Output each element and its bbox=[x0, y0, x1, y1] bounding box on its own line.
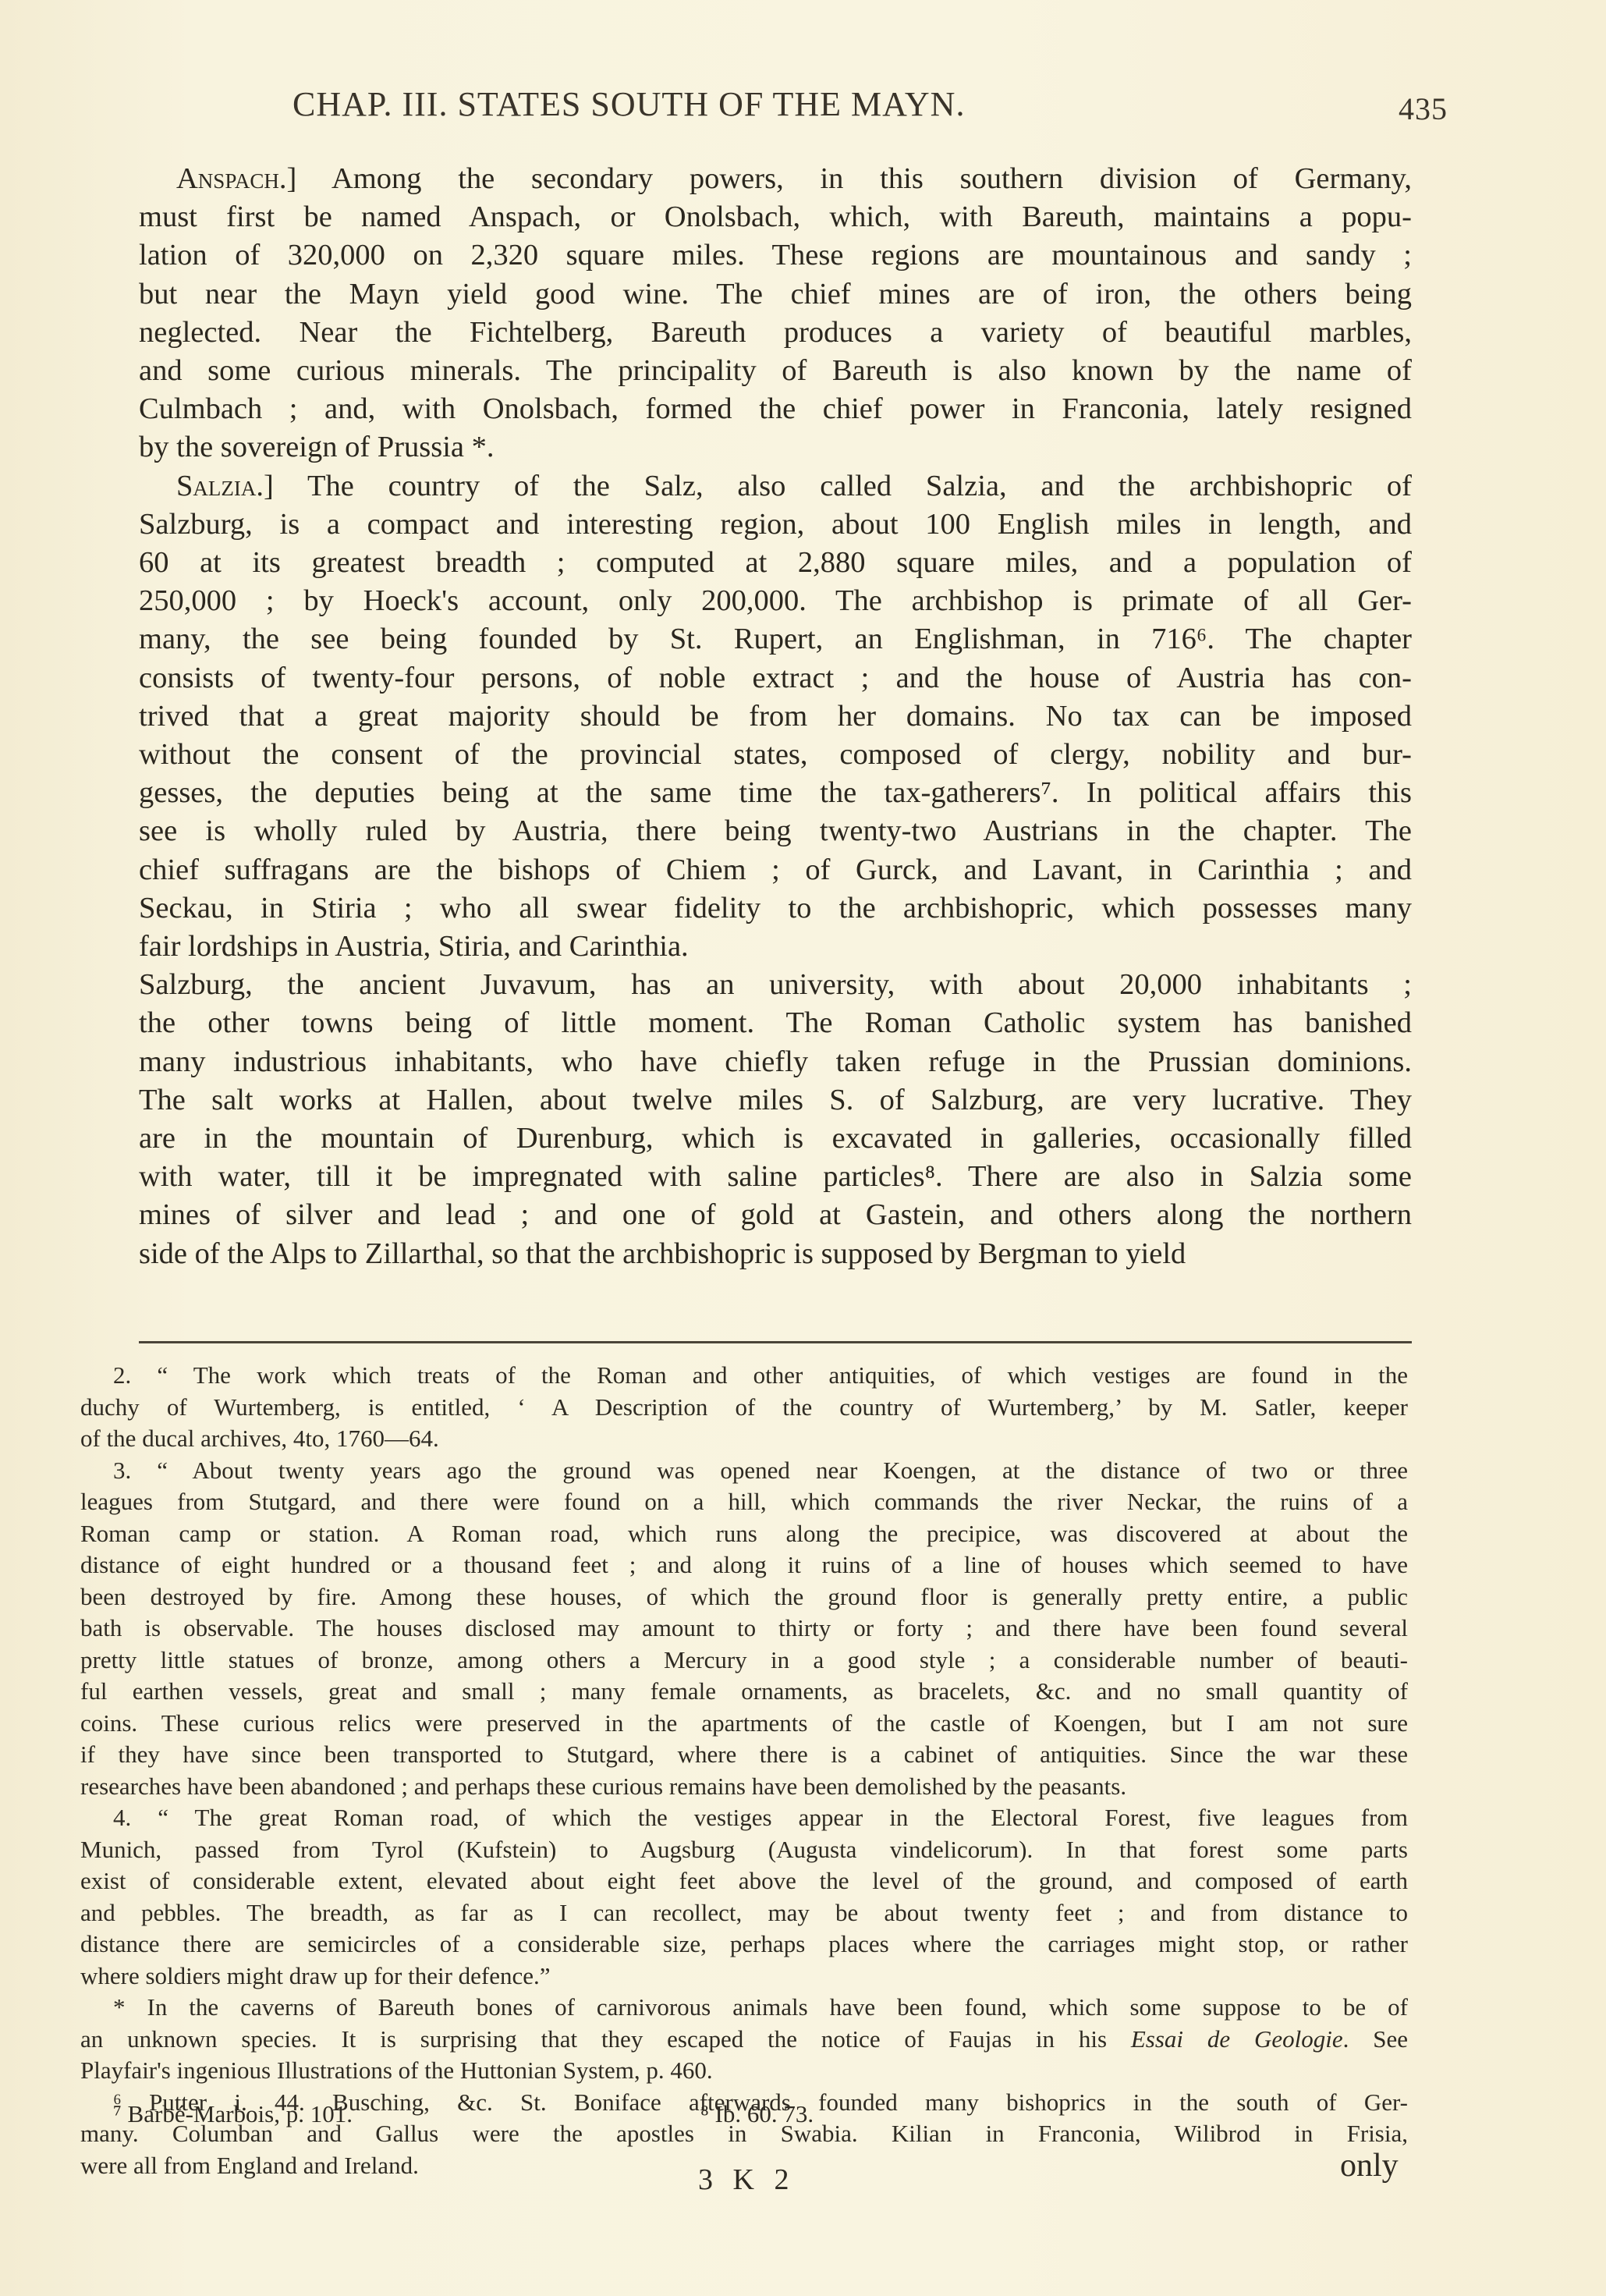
text-line: many industrious inhabitants, who have c… bbox=[139, 1043, 1412, 1081]
text-line: Seckau, in Stiria ; who all swear fideli… bbox=[139, 889, 1412, 928]
footnote-line: leagues from Stutgard, and there were fo… bbox=[80, 1486, 1408, 1518]
paragraph: Salzia.] The country of the Salz, also c… bbox=[139, 467, 1412, 967]
chapter-title: CHAP. III. STATES SOUTH OF THE MAYN. bbox=[292, 84, 965, 124]
book-page: CHAP. III. STATES SOUTH OF THE MAYN. 435… bbox=[0, 0, 1606, 2296]
paragraph: Anspach.] Among the secondary powers, in… bbox=[139, 160, 1412, 467]
footnote-line: coins. These curious relics were preserv… bbox=[80, 1708, 1408, 1740]
text-line: many, the see being founded by St. Ruper… bbox=[139, 620, 1412, 658]
printer-signature: 3 K 2 bbox=[698, 2163, 795, 2197]
footnote-line: 3. “ About twenty years ago the ground w… bbox=[80, 1455, 1408, 1487]
paragraph: Salzburg, the ancient Juvavum, has an un… bbox=[139, 966, 1412, 1273]
text-line: Salzburg, is a compact and interesting r… bbox=[139, 506, 1412, 544]
footnote-line: distance there are semicircles of a cons… bbox=[80, 1929, 1408, 1961]
text-line: and some curious minerals. The principal… bbox=[139, 352, 1412, 390]
footnote-8: ⁸ Ib. 60. 73. bbox=[700, 2100, 814, 2128]
footnote-line: and pebbles. The breadth, as far as I ca… bbox=[80, 1897, 1408, 1929]
footnote-7: ⁷ Barbé-Marbois, p. 101. bbox=[113, 2100, 353, 2128]
footnote-line: researches have been abandoned ; and per… bbox=[80, 1771, 1408, 1803]
footnote-line: exist of considerable extent, elevated a… bbox=[80, 1865, 1408, 1897]
footnote-line: where soldiers might draw up for their d… bbox=[80, 1961, 1408, 1993]
text-line: the other towns being of little moment. … bbox=[139, 1004, 1412, 1042]
text-line: Salzburg, the ancient Juvavum, has an un… bbox=[139, 966, 1412, 1004]
text-line: 60 at its greatest breadth ; computed at… bbox=[139, 544, 1412, 582]
text-line: Culmbach ; and, with Onolsbach, formed t… bbox=[139, 390, 1412, 428]
text-line: mines of silver and lead ; and one of go… bbox=[139, 1196, 1412, 1234]
text-line: with water, till it be impregnated with … bbox=[139, 1158, 1412, 1196]
text-line: gesses, the deputies being at the same t… bbox=[139, 774, 1412, 812]
text-line: without the consent of the provincial st… bbox=[139, 736, 1412, 774]
footnote-line: if they have since been transported to S… bbox=[80, 1739, 1408, 1771]
footnote-line: ful earthen vessels, great and small ; m… bbox=[80, 1676, 1408, 1708]
footnotes: 2. “ The work which treats of the Roman … bbox=[80, 1360, 1408, 2181]
text-line: are in the mountain of Durenburg, which … bbox=[139, 1120, 1412, 1158]
text-line: by the sovereign of Prussia *. bbox=[139, 428, 1412, 467]
catchword: only bbox=[1340, 2147, 1399, 2184]
footnote-line: * In the caverns of Bareuth bones of car… bbox=[80, 1992, 1408, 2024]
text-line: fair lordships in Austria, Stiria, and C… bbox=[139, 928, 1412, 966]
text-line: chief suffragans are the bishops of Chie… bbox=[139, 851, 1412, 889]
footnote-line: 4. “ The great Roman road, of which the … bbox=[80, 1802, 1408, 1834]
footnote-line: Playfair's ingenious Illustrations of th… bbox=[80, 2055, 1408, 2087]
section-marker: Salzia.] bbox=[176, 470, 274, 502]
footnote-line: bath is observable. The houses disclosed… bbox=[80, 1613, 1408, 1645]
text-line: see is wholly ruled by Austria, there be… bbox=[139, 812, 1412, 850]
text-line: must first be named Anspach, or Onolsbac… bbox=[139, 198, 1412, 236]
footnote-rule bbox=[139, 1341, 1412, 1343]
text-line: side of the Alps to Zillarthal, so that … bbox=[139, 1235, 1412, 1273]
text-line: Anspach.] Among the secondary powers, in… bbox=[139, 160, 1412, 198]
footnote-line: been destroyed by fire. Among these hous… bbox=[80, 1581, 1408, 1613]
text-line: neglected. Near the Fichtelberg, Bareuth… bbox=[139, 314, 1412, 352]
footnote-line: an unknown species. It is surprising tha… bbox=[80, 2024, 1408, 2056]
footnote-line: distance of eight hundred or a thousand … bbox=[80, 1549, 1408, 1581]
text-line: Salzia.] The country of the Salz, also c… bbox=[139, 467, 1412, 506]
footnote-line: Roman camp or station. A Roman road, whi… bbox=[80, 1518, 1408, 1550]
page-number: 435 bbox=[1399, 90, 1448, 127]
book-title: Essai de Geologie bbox=[1131, 2025, 1343, 2053]
main-text: Anspach.] Among the secondary powers, in… bbox=[139, 160, 1412, 1273]
footnote-line: duchy of Wurtemberg, is entitled, ‘ A De… bbox=[80, 1392, 1408, 1424]
text-line: trived that a great majority should be f… bbox=[139, 697, 1412, 736]
footnote-line: Munich, passed from Tyrol (Kufstein) to … bbox=[80, 1834, 1408, 1866]
text-line: consists of twenty-four persons, of nobl… bbox=[139, 659, 1412, 697]
text-line: but near the Mayn yield good wine. The c… bbox=[139, 275, 1412, 314]
text-line: 250,000 ; by Hoeck's account, only 200,0… bbox=[139, 582, 1412, 620]
footnote-line: 2. “ The work which treats of the Roman … bbox=[80, 1360, 1408, 1392]
text-line: The salt works at Hallen, about twelve m… bbox=[139, 1081, 1412, 1120]
text-line: lation of 320,000 on 2,320 square miles.… bbox=[139, 236, 1412, 275]
section-marker: Anspach.] bbox=[176, 162, 296, 195]
footnote-line: pretty little statues of bronze, among o… bbox=[80, 1645, 1408, 1677]
footnote-line: of the ducal archives, 4to, 1760—64. bbox=[80, 1423, 1408, 1455]
